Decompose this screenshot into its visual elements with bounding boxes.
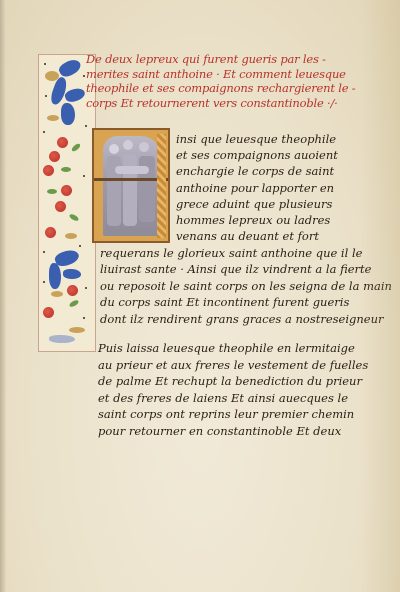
- text-line: venans au deuant et fort: [176, 228, 376, 244]
- body-text-beside-initial: insi que leuesque theophile et ses compa…: [176, 131, 376, 244]
- text-line: au prieur et aux freres le vestement de …: [98, 357, 383, 374]
- green-leaf: [71, 142, 82, 152]
- text-line: requerans le glorieux saint anthoine que…: [100, 245, 385, 261]
- green-leaf: [68, 213, 79, 222]
- acanthus-leaf: [63, 269, 81, 279]
- text-line: dont ilz rendirent grans graces a nostre…: [100, 311, 385, 327]
- rubric-line: theophile et ses compaignons rechargiere…: [86, 81, 376, 96]
- manuscript-page: De deux lepreux qui furent gueris par le…: [0, 0, 400, 592]
- gold-leaf: [45, 71, 59, 81]
- acanthus-leaf: [64, 86, 87, 104]
- text-line: Puis laissa leuesque theophile en lermit…: [98, 340, 383, 357]
- gold-leaf: [51, 291, 63, 297]
- body-text-full-width: requerans le glorieux saint anthoine que…: [100, 245, 385, 327]
- red-flower: [61, 185, 72, 196]
- gold-leaf: [69, 327, 85, 333]
- gold-leaf: [47, 115, 59, 121]
- initial-stem: [157, 134, 166, 238]
- red-flower: [43, 307, 54, 318]
- miniature-painting: [103, 136, 161, 236]
- red-flower: [55, 201, 66, 212]
- text-line: de palme Et rechupt la benediction du pr…: [98, 373, 383, 390]
- acanthus-leaf: [61, 103, 75, 125]
- text-line: et ses compaignons auoient: [176, 147, 376, 163]
- red-flower: [49, 151, 60, 162]
- text-line: enchargie le corps de saint: [176, 163, 376, 179]
- red-flower: [43, 165, 54, 176]
- text-line: et des freres de laiens Et ainsi auecque…: [98, 390, 383, 407]
- red-flower: [45, 227, 56, 238]
- text-line: saint corps ont reprins leur premier che…: [98, 406, 383, 423]
- grey-leaf: [49, 335, 75, 343]
- text-line: insi que leuesque theophile: [176, 131, 376, 147]
- text-line: du corps saint Et incontinent furent gue…: [100, 294, 385, 310]
- green-leaf: [61, 167, 71, 172]
- gold-leaf: [65, 233, 77, 239]
- historiated-initial: [92, 128, 170, 243]
- rubric-line: De deux lepreux qui furent gueris par le…: [86, 52, 376, 67]
- text-line: pour retourner en constantinoble Et deux: [98, 423, 383, 440]
- body-text-lower: Puis laissa leuesque theophile en lermit…: [98, 340, 383, 440]
- text-line: ou reposoit le saint corps on les seigna…: [100, 278, 385, 294]
- rubric-line: corps Et retournerent vers constantinobl…: [86, 96, 376, 111]
- red-flower: [67, 285, 78, 296]
- acanthus-leaf: [49, 263, 61, 289]
- text-line: liuirast sante · Ainsi que ilz vindrent …: [100, 261, 385, 277]
- text-line: grece aduint que plusieurs: [176, 196, 376, 212]
- text-line: anthoine pour lapporter en: [176, 180, 376, 196]
- green-leaf: [68, 299, 79, 308]
- red-flower: [57, 137, 68, 148]
- rubric-heading: De deux lepreux qui furent gueris par le…: [86, 52, 376, 110]
- text-line: hommes lepreux ou ladres: [176, 212, 376, 228]
- green-leaf: [47, 189, 57, 194]
- rubric-line: merites saint anthoine · Et comment leue…: [86, 67, 376, 82]
